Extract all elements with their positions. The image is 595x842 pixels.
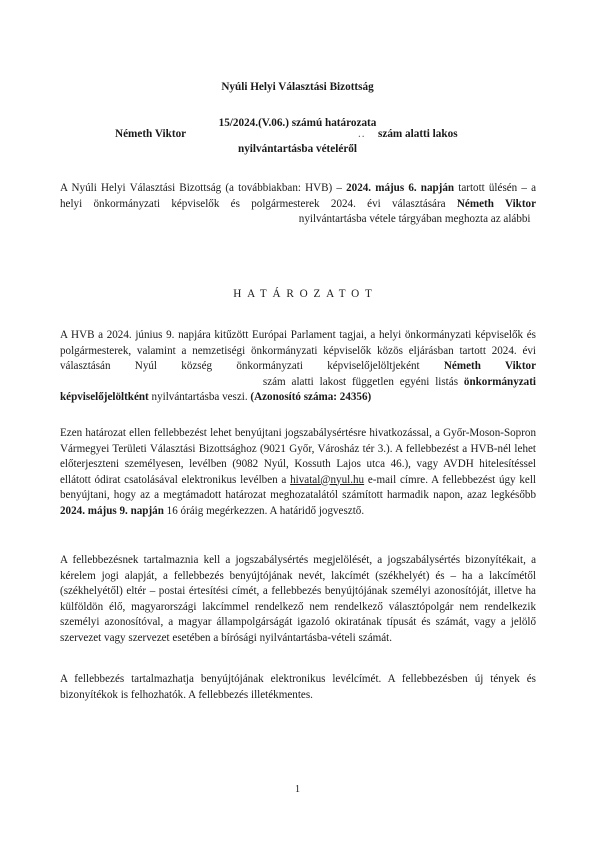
candidate-name: Németh Viktor: [444, 360, 536, 372]
email-link[interactable]: hivatal@nyul.hu: [290, 474, 364, 486]
decision-number: 15/2024.(V.06.) számú határozata: [0, 117, 595, 129]
subject-address-suffix: szám alatti lakos: [378, 128, 458, 140]
decision-paragraph: A HVB a 2024. június 9. napjára kitűzött…: [60, 328, 536, 406]
committee-title: Nyúli Helyi Választási Bizottság: [0, 81, 595, 93]
intro-text-1: A Nyúli Helyi Választási Bizottság (a to…: [60, 182, 346, 194]
candidate-name: Németh Viktor: [457, 198, 536, 210]
intro-paragraph: A Nyúli Helyi Választási Bizottság (a to…: [60, 181, 536, 228]
decision-text-3: nyilvántartásba veszi.: [149, 391, 251, 403]
appeal-paragraph: Ezen határozat ellen fellebbezést lehet …: [60, 426, 536, 519]
page-number: 1: [0, 784, 595, 795]
redacted-address: ..: [358, 128, 366, 140]
meeting-date: 2024. május 6. napján: [346, 182, 454, 194]
decision-heading: HATÁROZATOT: [0, 288, 595, 300]
subject-line-2: nyilvántartásba vételéről: [0, 143, 595, 155]
intro-text-3: nyilvántartásba vétele tárgyában meghozt…: [296, 213, 531, 225]
optional-content-paragraph: A fellebbezés tartalmazhatja benyújtóján…: [60, 672, 536, 703]
appeal-text-3: 16 óráig megérkezzen. A határidő jogvesz…: [164, 505, 364, 517]
decision-text-2: szám alatti lakost független egyéni list…: [257, 376, 464, 388]
candidate-id: (Azonosító száma: 24356): [250, 391, 371, 403]
appeal-deadline: 2024. május 9. napján: [60, 505, 164, 517]
document-page: Nyúli Helyi Választási Bizottság 15/2024…: [0, 0, 595, 842]
subject-name: Németh Viktor: [115, 128, 186, 140]
content-requirements-paragraph: A fellebbezésnek tartalmaznia kell a jog…: [60, 553, 536, 646]
